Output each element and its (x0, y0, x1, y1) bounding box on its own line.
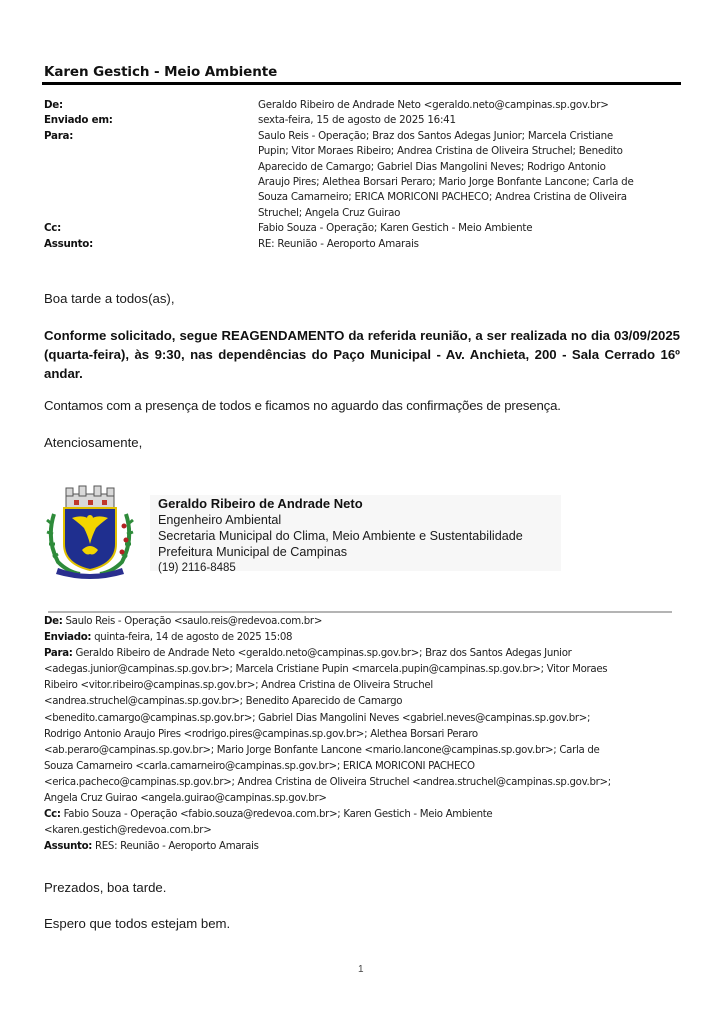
to-value[interactable]: Saulo Reis - Operação; Braz dos Santos A… (258, 129, 678, 221)
to-line: Souza Camarneiro; ERICA MORICONI PACHECO… (258, 190, 678, 205)
sent-label: Enviado em: (44, 113, 258, 128)
subject-value: RE: Reunião - Aeroporto Amarais (258, 237, 678, 252)
forwarded-to-line: Rodrigo Antonio Araujo Pires <rodrigo.pi… (44, 727, 684, 743)
header-cc-row: Cc: Fabio Souza - Operação; Karen Gestic… (44, 221, 684, 236)
page-title: Karen Gestich - Meio Ambiente (44, 64, 277, 80)
forwarded-from-value[interactable]: Saulo Reis - Operação <saulo.reis@redevo… (63, 616, 323, 627)
to-label: Para: (44, 129, 258, 221)
coat-of-arms-icon (44, 484, 136, 582)
forwarded-sent: Enviado: quinta-feira, 14 de agosto de 2… (44, 630, 684, 646)
forwarded-to-value[interactable]: Geraldo Ribeiro de Andrade Neto <geraldo… (73, 648, 572, 659)
signature-phone[interactable]: (19) 2116-8485 (158, 560, 523, 576)
forwarded-to-line: Angela Cruz Guirao <angela.guirao@campin… (44, 791, 684, 807)
message-greeting: Boa tarde a todos(as), (44, 291, 680, 306)
forwarded-greeting: Prezados, boa tarde. (44, 880, 166, 895)
message-bold-paragraph: Conforme solicitado, segue REAGENDAMENTO… (44, 326, 680, 383)
header-sent-row: Enviado em: sexta-feira, 15 de agosto de… (44, 113, 684, 128)
forwarded-to-line: Ribeiro <vitor.ribeiro@campinas.sp.gov.b… (44, 678, 684, 694)
forwarded-cc-value[interactable]: Fabio Souza - Operação <fabio.souza@rede… (61, 809, 493, 820)
forwarded-to-line: <adegas.junior@campinas.sp.gov.br>; Marc… (44, 662, 684, 678)
to-line: Saulo Reis - Operação; Braz dos Santos A… (258, 129, 678, 144)
forwarded-to-line: <benedito.camargo@campinas.sp.gov.br>; G… (44, 711, 684, 727)
message-closing: Atenciosamente, (44, 435, 680, 450)
forwarded-to-line: <ab.peraro@campinas.sp.gov.br>; Mario Jo… (44, 743, 684, 759)
forwarded-to: Para: Geraldo Ribeiro de Andrade Neto <g… (44, 646, 684, 662)
to-line: Aparecido de Camargo; Gabriel Dias Mango… (258, 160, 678, 175)
header-subject-row: Assunto: RE: Reunião - Aeroporto Amarais (44, 237, 684, 252)
email-header: De: Geraldo Ribeiro de Andrade Neto <ger… (44, 98, 684, 252)
subject-label: Assunto: (44, 237, 258, 252)
forwarded-header: De: Saulo Reis - Operação <saulo.reis@re… (44, 614, 684, 855)
message-paragraph: Contamos com a presença de todos e ficam… (44, 398, 680, 413)
forwarded-sent-value: quinta-feira, 14 de agosto de 2025 15:08 (91, 632, 292, 643)
forwarded-paragraph: Espero que todos estejam bem. (44, 916, 230, 931)
signature-block: Geraldo Ribeiro de Andrade Neto Engenhei… (158, 496, 523, 576)
forwarded-subject-label: Assunto: (44, 841, 92, 852)
cc-label: Cc: (44, 221, 258, 236)
cc-value[interactable]: Fabio Souza - Operação; Karen Gestich - … (258, 221, 678, 236)
to-line: Araujo Pires; Alethea Borsari Peraro; Ma… (258, 175, 678, 190)
header-to-row: Para: Saulo Reis - Operação; Braz dos Sa… (44, 129, 684, 221)
signature-role: Engenheiro Ambiental (158, 512, 523, 528)
forwarded-from: De: Saulo Reis - Operação <saulo.reis@re… (44, 614, 684, 630)
forwarded-from-label: De: (44, 616, 63, 627)
page-number: 1 (358, 964, 364, 975)
to-line: Pupin; Vitor Moraes Ribeiro; Andrea Cris… (258, 144, 678, 159)
signature-department: Secretaria Municipal do Clima, Meio Ambi… (158, 528, 523, 544)
from-value[interactable]: Geraldo Ribeiro de Andrade Neto <geraldo… (258, 98, 678, 113)
to-line: Struchel; Angela Cruz Guirao (258, 206, 678, 221)
forwarded-to-line: Souza Camarneiro <carla.camarneiro@campi… (44, 759, 684, 775)
from-label: De: (44, 98, 258, 113)
forwarded-subject: Assunto: RES: Reunião - Aeroporto Amarai… (44, 839, 684, 855)
forward-separator (48, 611, 672, 613)
signature-name: Geraldo Ribeiro de Andrade Neto (158, 496, 523, 512)
forwarded-subject-value: RES: Reunião - Aeroporto Amarais (92, 841, 259, 852)
forwarded-to-line: <andrea.struchel@campinas.sp.gov.br>; Be… (44, 694, 684, 710)
sent-value: sexta-feira, 15 de agosto de 2025 16:41 (258, 113, 678, 128)
forwarded-to-label: Para: (44, 648, 73, 659)
forwarded-to-line: <erica.pacheco@campinas.sp.gov.br>; Andr… (44, 775, 684, 791)
signature-organization: Prefeitura Municipal de Campinas (158, 544, 523, 560)
forwarded-sent-label: Enviado: (44, 632, 91, 643)
title-rule (42, 82, 681, 85)
forwarded-cc: Cc: Fabio Souza - Operação <fabio.souza@… (44, 807, 684, 823)
forwarded-cc-label: Cc: (44, 809, 61, 820)
forwarded-cc-line: <karen.gestich@redevoa.com.br> (44, 823, 684, 839)
header-from-row: De: Geraldo Ribeiro de Andrade Neto <ger… (44, 98, 684, 113)
